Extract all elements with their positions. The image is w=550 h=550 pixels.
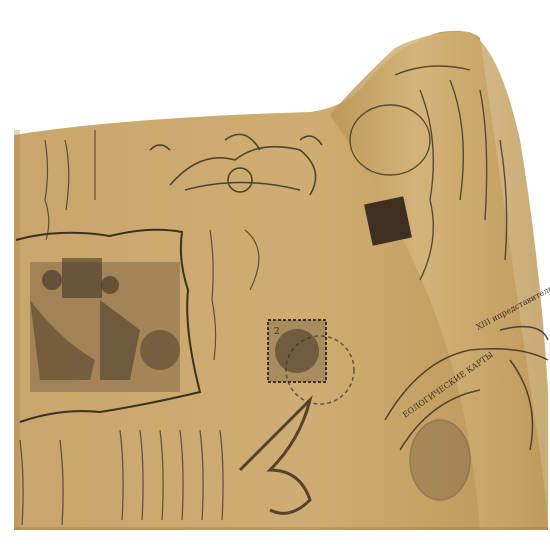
wrapping-paper-photo: 2 ЕОЛОГИЧЕСКИЕ КАРТЫ XIII ипредставители bbox=[0, 0, 550, 550]
paper-roll-illustration: 2 ЕОЛОГИЧЕСКИЕ КАРТЫ XIII ипредставители bbox=[0, 0, 550, 550]
svg-text:2: 2 bbox=[274, 327, 280, 337]
postage-stamp-dark bbox=[364, 196, 412, 245]
